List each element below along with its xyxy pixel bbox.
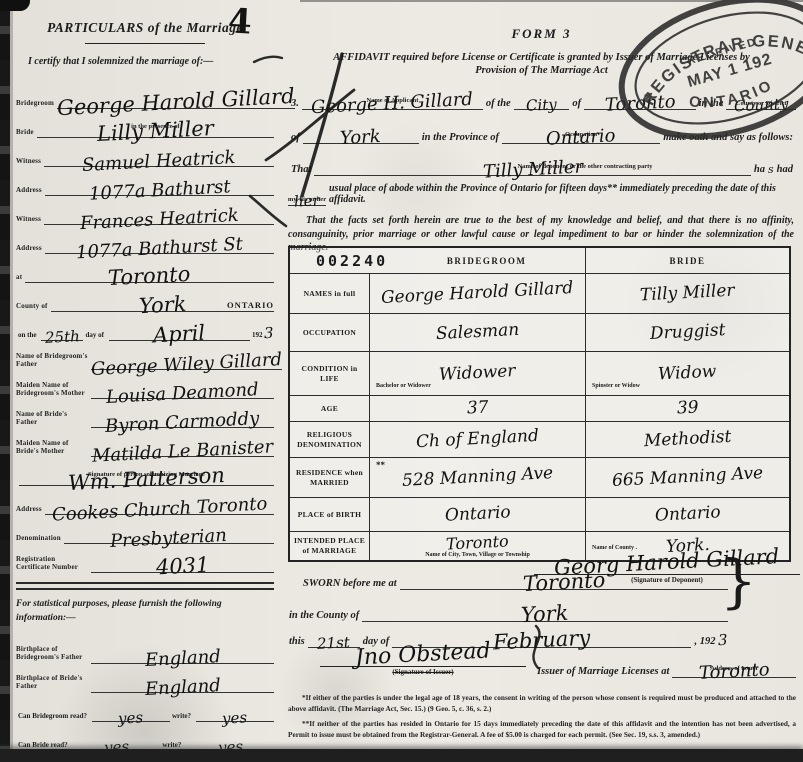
row-label-age: AGE [290, 396, 370, 422]
issuer-signature: Jno Obstead [355, 640, 492, 669]
field-label: Witness [16, 215, 41, 225]
row-label-names: NAMES in full [290, 274, 370, 314]
row-label-occupation: OCCUPATION [290, 314, 370, 352]
printed-text: Issuer of Marriage Licenses at [534, 666, 672, 678]
issuer-signature-block: Jno Obstead (Signature of Issuer) [320, 644, 526, 676]
deponent-signature-line: Georg Harold Gillard [534, 552, 800, 575]
title-underline [85, 43, 205, 44]
handwritten-cell-value: 37 [466, 399, 489, 417]
printed-text: ha [751, 164, 768, 176]
cell-condition-bridegroom: Bachelor or WidowerWidower [370, 352, 586, 396]
cell-age-bridegroom: 37 [370, 396, 586, 422]
field-label: Birthplace of Bridegroom's Father [16, 645, 88, 663]
column-header-bridegroom: BRIDEGROOM [388, 256, 585, 266]
field-line: YorkONTARIO [51, 295, 274, 312]
printed-text: of the [483, 98, 514, 110]
issuer-place-blank: TorontoAddress of Issuer [672, 663, 796, 678]
footnote-1: *If either of the parties is under the l… [288, 692, 796, 715]
handwritten-sworn-year-digit: 3 [718, 633, 728, 648]
deponent-line: That Tilly MillerName of deponent or the… [288, 150, 796, 176]
item-number: 3. [288, 98, 302, 110]
field-line: April [109, 324, 250, 341]
printed-text: write? [170, 712, 193, 722]
bridegroom-bride-table: 002240 BRIDEGROOM BRIDE NAMES in full Ge… [288, 246, 791, 562]
cell-names-bride: Tilly Miller [586, 274, 789, 314]
field-address3: Address Cookes Church Toronto [16, 487, 274, 515]
row-label-religion: RELIGIOUS DENOMINATION [290, 422, 370, 458]
field-line: 4031 [91, 556, 274, 573]
field-label: Name of Bridegroom's Father [16, 352, 88, 370]
cell-religion-bridegroom: Ch of England [370, 422, 586, 458]
handwritten-cell-value: Methodist [643, 429, 731, 451]
footnote-2: **If neither of the parties has resided … [288, 718, 796, 741]
scan-edge-bottom [0, 749, 803, 762]
handwritten-year-digit: 3 [264, 326, 274, 341]
county-name-blank: York [303, 129, 419, 144]
field-line: Louisa Deamond [91, 385, 274, 399]
issuer-signature-sub: (Signature of Issuer) [320, 668, 526, 676]
field-line: 1077a Bathurst St [45, 240, 274, 254]
field-line: Byron Carmoddy [91, 414, 274, 428]
field-line: Frances Heatrick [44, 211, 274, 225]
handwritten-cell-value: Druggist [649, 322, 725, 343]
row-label-birthplace: PLACE of BIRTH [290, 498, 370, 532]
handwritten-cell-value: Tilly Miller [640, 283, 735, 305]
field-label: County of [16, 302, 48, 312]
handwritten-cell-value: Toronto [446, 533, 509, 552]
condition-sub-label: Spinster or Widow [592, 383, 640, 389]
field-line: Presbyterian [64, 530, 274, 544]
handwritten-value: Toronto [108, 264, 191, 289]
handwritten-cell-value: 528 Manning Ave [402, 465, 554, 490]
cell-names-bridegroom: George Harold Gillard [370, 274, 586, 314]
field-label: Registration Certificate Number [16, 555, 88, 573]
province-printed: ONTARIO [227, 300, 274, 310]
handwritten-cell-value: Ch of England [416, 428, 540, 451]
serial-number: 002240 [290, 252, 388, 270]
pronoun-sub-label: my, his or her [288, 196, 326, 203]
place-type-blank: City [514, 98, 570, 110]
cell-birthplace-bridegroom: Ontario [370, 498, 586, 532]
abode-line: hermy, his or her usual place of abode w… [288, 184, 796, 206]
intended-sub-label: Name of City, Town, Village or Township [425, 552, 530, 558]
printed-text: this [286, 636, 308, 648]
cell-religion-bride: Methodist [586, 422, 789, 458]
cell-birthplace-bride: Ontario [586, 498, 789, 532]
handwritten-page-number: 4 [227, 1, 253, 42]
particulars-panel: PARTICULARS of the Marriage I certify th… [16, 20, 274, 752]
sworn-county-line: in the County of York [286, 598, 728, 622]
cell-residence-bridegroom: **528 Manning Ave [370, 458, 586, 498]
field-label: Witness [16, 157, 41, 167]
handwritten-day: 25th [45, 329, 81, 346]
handwritten-county: York [340, 128, 382, 148]
condition-sub-label: Bachelor or Widower [376, 383, 431, 389]
field-line: 25th [41, 330, 83, 341]
handwritten-value: 4031 [155, 555, 209, 579]
handwritten-cell-value: Salesman [436, 322, 520, 343]
footnote-2-text: **If neither of the parties has resided … [288, 719, 796, 739]
occupation-sub-label: Occupation [565, 131, 597, 138]
printed-text: in the Province of [419, 132, 502, 144]
footnote-1-text: *If either of the parties is under the l… [288, 693, 796, 713]
field-line: England [91, 650, 274, 664]
table-header-left: 002240 BRIDEGROOM [290, 248, 586, 274]
section-divider [16, 582, 274, 590]
applicant-blank: George H. GillardName of Applicant [302, 95, 483, 110]
column-header-bride: BRIDE [586, 256, 789, 266]
handwritten-cell-value: 665 Manning Ave [612, 465, 764, 490]
handwritten-value: yes [118, 710, 144, 726]
deponent-signature-block: Georg Harold Gillard (Signature of Depon… [534, 552, 800, 584]
field-label: Denomination [16, 534, 61, 544]
field-birthplace-bg-father: Birthplace of Bridegroom's Father Englan… [16, 636, 274, 664]
field-line: Toronto [25, 266, 274, 283]
printed-text: Can Bridegroom read? [16, 712, 89, 722]
deponent-blank: Tilly MillerName of deponent or the othe… [314, 161, 750, 176]
printed-text: had [774, 164, 796, 176]
cell-occupation-bride: Druggist [586, 314, 789, 352]
field-label: Address [16, 505, 42, 515]
cell-age-bride: 39 [586, 396, 789, 422]
handwritten-cell-value: Ontario [654, 504, 720, 524]
field-line: Lilly Millerin the presence of [37, 121, 274, 138]
field-line: Matilda Le Banister [91, 443, 274, 457]
sworn-county-blank: York [362, 604, 728, 622]
handwritten-place-type: City [526, 97, 558, 114]
field-line: yes [196, 711, 274, 722]
handwritten-deponent: Tilly Miller [482, 158, 583, 181]
field-line: Samuel Heatrick [44, 153, 274, 167]
field-line: Wm. PattersonSignature of person solemni… [19, 469, 274, 486]
field-label: Maiden Name of Bridegroom's Mother [16, 381, 88, 399]
field-label: Maiden Name of Bride's Mother [16, 439, 88, 457]
handwritten-sworn-county: York [521, 603, 569, 626]
handwritten-month: April [153, 323, 206, 347]
applicant-sub-label: Name of Applicant [366, 97, 418, 104]
abode-printed-text: usual place of abode within the Province… [326, 183, 796, 206]
handwritten-cell-value: George Harold Gillard [381, 280, 574, 307]
cell-condition-bride: Spinster or WidowWidow [586, 352, 789, 396]
field-label: Birthplace of Bride's Father [16, 674, 88, 692]
issuer-address-line: Issuer of Marriage Licenses at TorontoAd… [534, 654, 796, 678]
handwritten-cell-value: 39 [676, 399, 699, 417]
printed-text: in the County of [286, 610, 362, 622]
field-label: at [16, 273, 22, 283]
printed-text: of [569, 98, 584, 110]
printed-text: on the [16, 331, 38, 341]
issuer-signature-line: Jno Obstead [320, 644, 526, 667]
cell-occupation-bridegroom: Salesman [370, 314, 586, 352]
field-label: Address [16, 244, 42, 254]
applicant-signature: George H. Gillard [311, 91, 474, 117]
handwritten-value: England [144, 648, 221, 670]
field-line: yes [92, 711, 170, 722]
handwritten-value: yes [222, 710, 248, 726]
statistics-heading: For statistical purposes, please furnish… [16, 597, 274, 626]
cell-residence-bride: 665 Manning Ave [586, 458, 789, 498]
printed-text: day of [83, 331, 105, 341]
handwritten-cell-value: Widower [439, 363, 516, 384]
printed-text: SWORN before me at [300, 578, 400, 590]
field-line: Cookes Church Toronto [45, 501, 274, 515]
printed-text: of [288, 132, 303, 144]
issuer-place-sub-label: Address of Issuer [710, 665, 758, 672]
row-label-condition: CONDITION in LIFE [290, 352, 370, 396]
scan-edge-top [300, 0, 803, 2]
field-line: George Harold Gillard [57, 92, 295, 109]
printed-text: That [288, 164, 314, 176]
field-label: Bridegroom [16, 99, 54, 109]
printed-text: , 192 [691, 636, 718, 648]
presence-note: in the presence of [131, 123, 179, 130]
field-label: Bride [16, 128, 34, 138]
field-bridegroom: Bridegroom George Harold Gillard [16, 81, 274, 109]
row-label-residence: RESIDENCE when MARRIED [290, 458, 370, 498]
double-asterisk-note: ** [376, 460, 385, 470]
certify-line: I certify that I solemnized the marriage… [28, 56, 274, 67]
table-header-bride: BRIDE [586, 248, 789, 274]
scanned-marriage-affidavit: PARTICULARS of the Marriage I certify th… [0, 0, 803, 762]
scan-edge-left [0, 0, 10, 762]
field-line: England [91, 679, 274, 693]
printed-text: 192 [250, 331, 265, 341]
pronoun-blank: hermy, his or her [288, 194, 326, 206]
handwritten-value: England [144, 677, 221, 699]
row-label-intended-place: INTENDED PLACE of MARRIAGE [290, 532, 370, 560]
handwritten-cell-value: Ontario [444, 504, 510, 524]
handwritten-value: York [138, 294, 186, 317]
field-line: 1077a Bathurst [45, 182, 274, 196]
scan-edge-left-shadow [10, 0, 13, 762]
scan-corner-topleft [0, 0, 30, 11]
field-label: Name of Bride's Father [16, 410, 88, 428]
field-label: Address [16, 186, 42, 196]
handwritten-cell-value: Widow [658, 363, 717, 383]
field-line: George Wiley Gillard [91, 356, 282, 370]
deponent-signature: Georg Harold Gillard [554, 546, 780, 579]
county-sub-label: Name of County . [592, 545, 637, 551]
solemnizer-sub-label: Signature of person solemnizing Marriage [88, 471, 205, 478]
